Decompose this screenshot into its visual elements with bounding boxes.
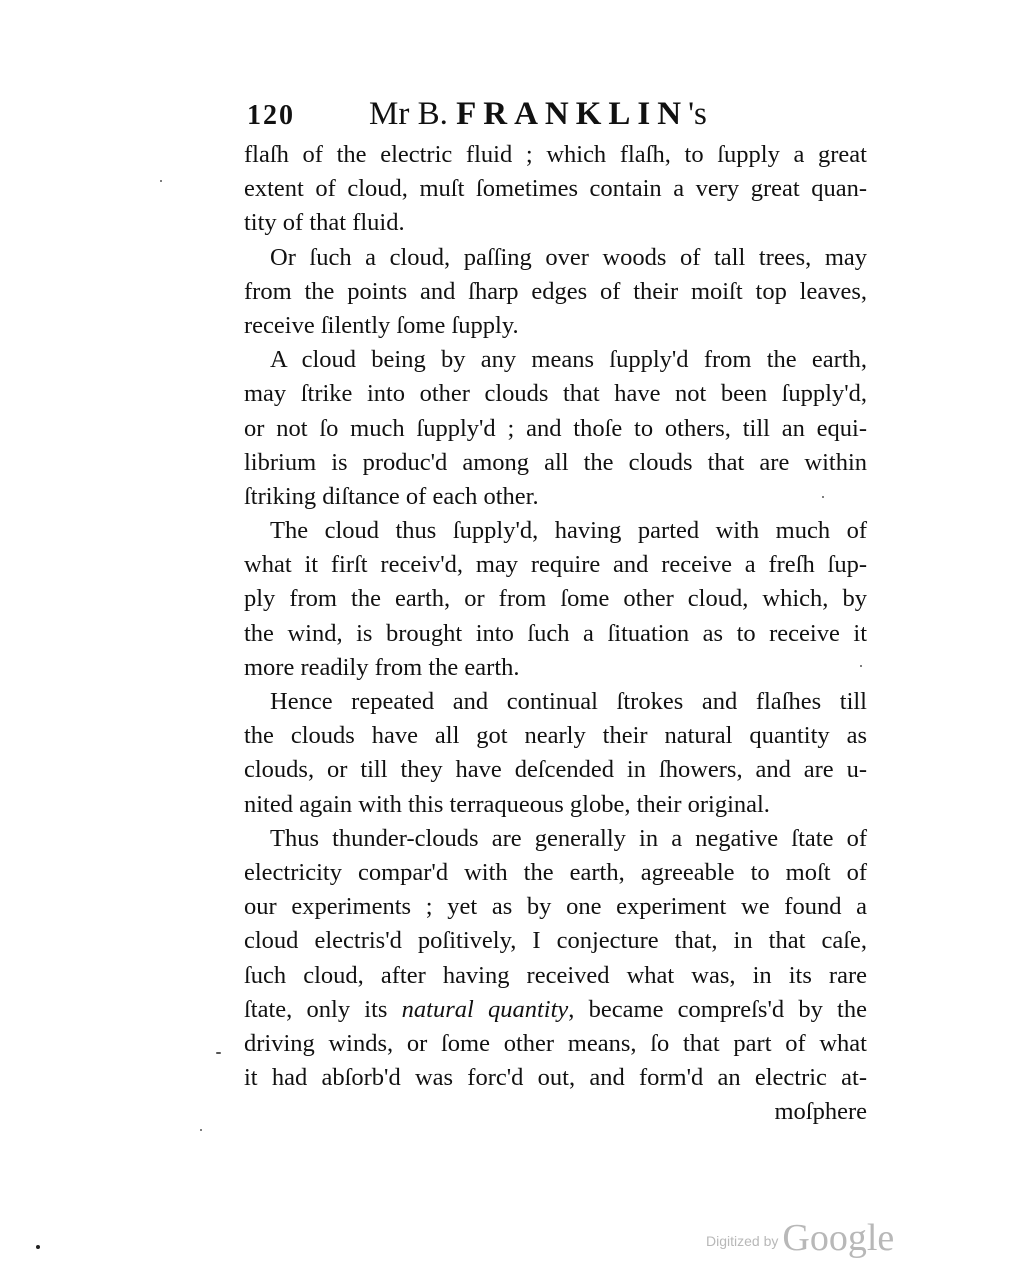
text-line-with-italic: ſtate, only its natural quantity, became… (244, 993, 867, 1027)
google-logo: Google (782, 1217, 894, 1259)
text-run: ſtate, only its (244, 996, 402, 1023)
paragraph-6: Thus thunder-clouds are generally in a n… (244, 822, 867, 1096)
running-title: Mr B. FRANKLIN's (369, 96, 707, 133)
text-line: tity of that fluid. (244, 206, 867, 240)
catchword: moſphere (244, 1095, 867, 1129)
scan-speck (822, 496, 824, 498)
text-line: driving winds, or ſome other means, ſo t… (244, 1027, 867, 1061)
book-page: 120 Mr B. FRANKLIN's flaſh of the electr… (0, 0, 1014, 1282)
text-line: librium is produc'd among all the clouds… (244, 446, 867, 480)
scan-speck (160, 180, 162, 182)
text-line: extent of cloud, muſt ſometimes contain … (244, 172, 867, 206)
text-line: what it firſt receiv'd, may require and … (244, 548, 867, 582)
scan-speck (36, 1245, 40, 1249)
running-title-name: FRANKLIN (456, 96, 688, 132)
text-line: cloud electris'd poſitively, I conjectur… (244, 924, 867, 958)
text-line: clouds, or till they have deſcended in ſ… (244, 753, 867, 787)
paragraph-1: flaſh of the electric fluid ; which flaſ… (244, 138, 867, 241)
paragraph-3: A cloud being by any means ſupply'd from… (244, 343, 867, 514)
text-line: the wind, is brought into ſuch a ſituati… (244, 617, 867, 651)
scan-speck (860, 665, 862, 667)
text-line: flaſh of the electric fluid ; which flaſ… (244, 138, 867, 172)
scan-speck (200, 1129, 202, 1131)
paragraph-5: Hence repeated and continual ſtrokes and… (244, 685, 867, 822)
text-line: Or ſuch a cloud, paſſing over woods of t… (244, 241, 867, 275)
italic-phrase: natural quantity (402, 996, 569, 1023)
text-line: may ſtrike into other clouds that have n… (244, 377, 867, 411)
text-line: our experiments ; yet as by one experime… (244, 890, 867, 924)
text-line: Hence repeated and continual ſtrokes and… (244, 685, 867, 719)
text-line: ply from the earth, or from ſome other c… (244, 582, 867, 616)
text-line: electricity compar'd with the earth, agr… (244, 856, 867, 890)
text-line: ſuch cloud, after having received what w… (244, 959, 867, 993)
running-head: 120 Mr B. FRANKLIN's (247, 96, 867, 140)
text-line: receive ſilently ſome ſupply. (244, 309, 867, 343)
text-line: Thus thunder-clouds are generally in a n… (244, 822, 867, 856)
text-line: A cloud being by any means ſupply'd from… (244, 343, 867, 377)
text-line: from the points and ſharp edges of their… (244, 275, 867, 309)
page-number: 120 (247, 100, 295, 132)
running-title-prefix: Mr B. (369, 96, 456, 132)
running-title-suffix: 's (688, 96, 707, 132)
paragraph-4: The cloud thus ſupply'd, having parted w… (244, 514, 867, 685)
text-line: ſtriking diſtance of each other. (244, 480, 867, 514)
text-line: the clouds have all got nearly their nat… (244, 719, 867, 753)
watermark-prefix: Digitized by (706, 1233, 778, 1249)
digitized-by-google-watermark: Digitized by Google (706, 1216, 894, 1260)
body-text: flaſh of the electric fluid ; which flaſ… (244, 138, 867, 1129)
text-line: more readily from the earth. (244, 651, 867, 685)
text-run: , became compreſs'd by the (568, 996, 867, 1023)
text-line: or not ſo much ſupply'd ; and thoſe to o… (244, 412, 867, 446)
text-line: The cloud thus ſupply'd, having parted w… (244, 514, 867, 548)
scan-speck (216, 1052, 221, 1054)
text-line: nited again with this terraqueous globe,… (244, 788, 867, 822)
text-line: it had abſorb'd was forc'd out, and form… (244, 1061, 867, 1095)
paragraph-2: Or ſuch a cloud, paſſing over woods of t… (244, 241, 867, 344)
